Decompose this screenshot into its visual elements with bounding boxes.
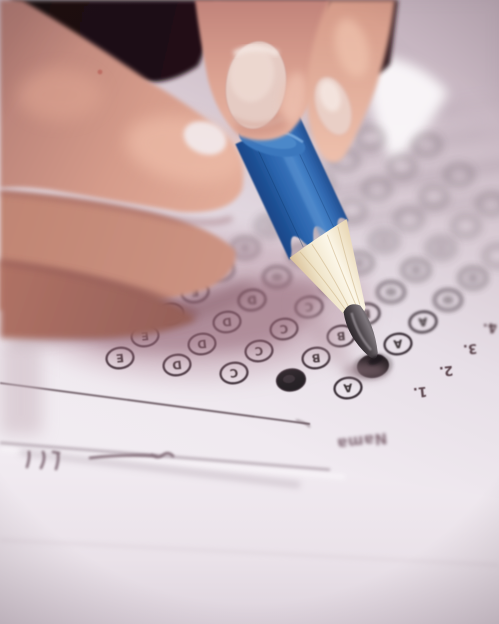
- photo-scantron-scene: A B C D E A B C: [0, 0, 499, 624]
- scene-svg: A B C D E A B C: [0, 0, 499, 624]
- vignette: [0, 0, 499, 624]
